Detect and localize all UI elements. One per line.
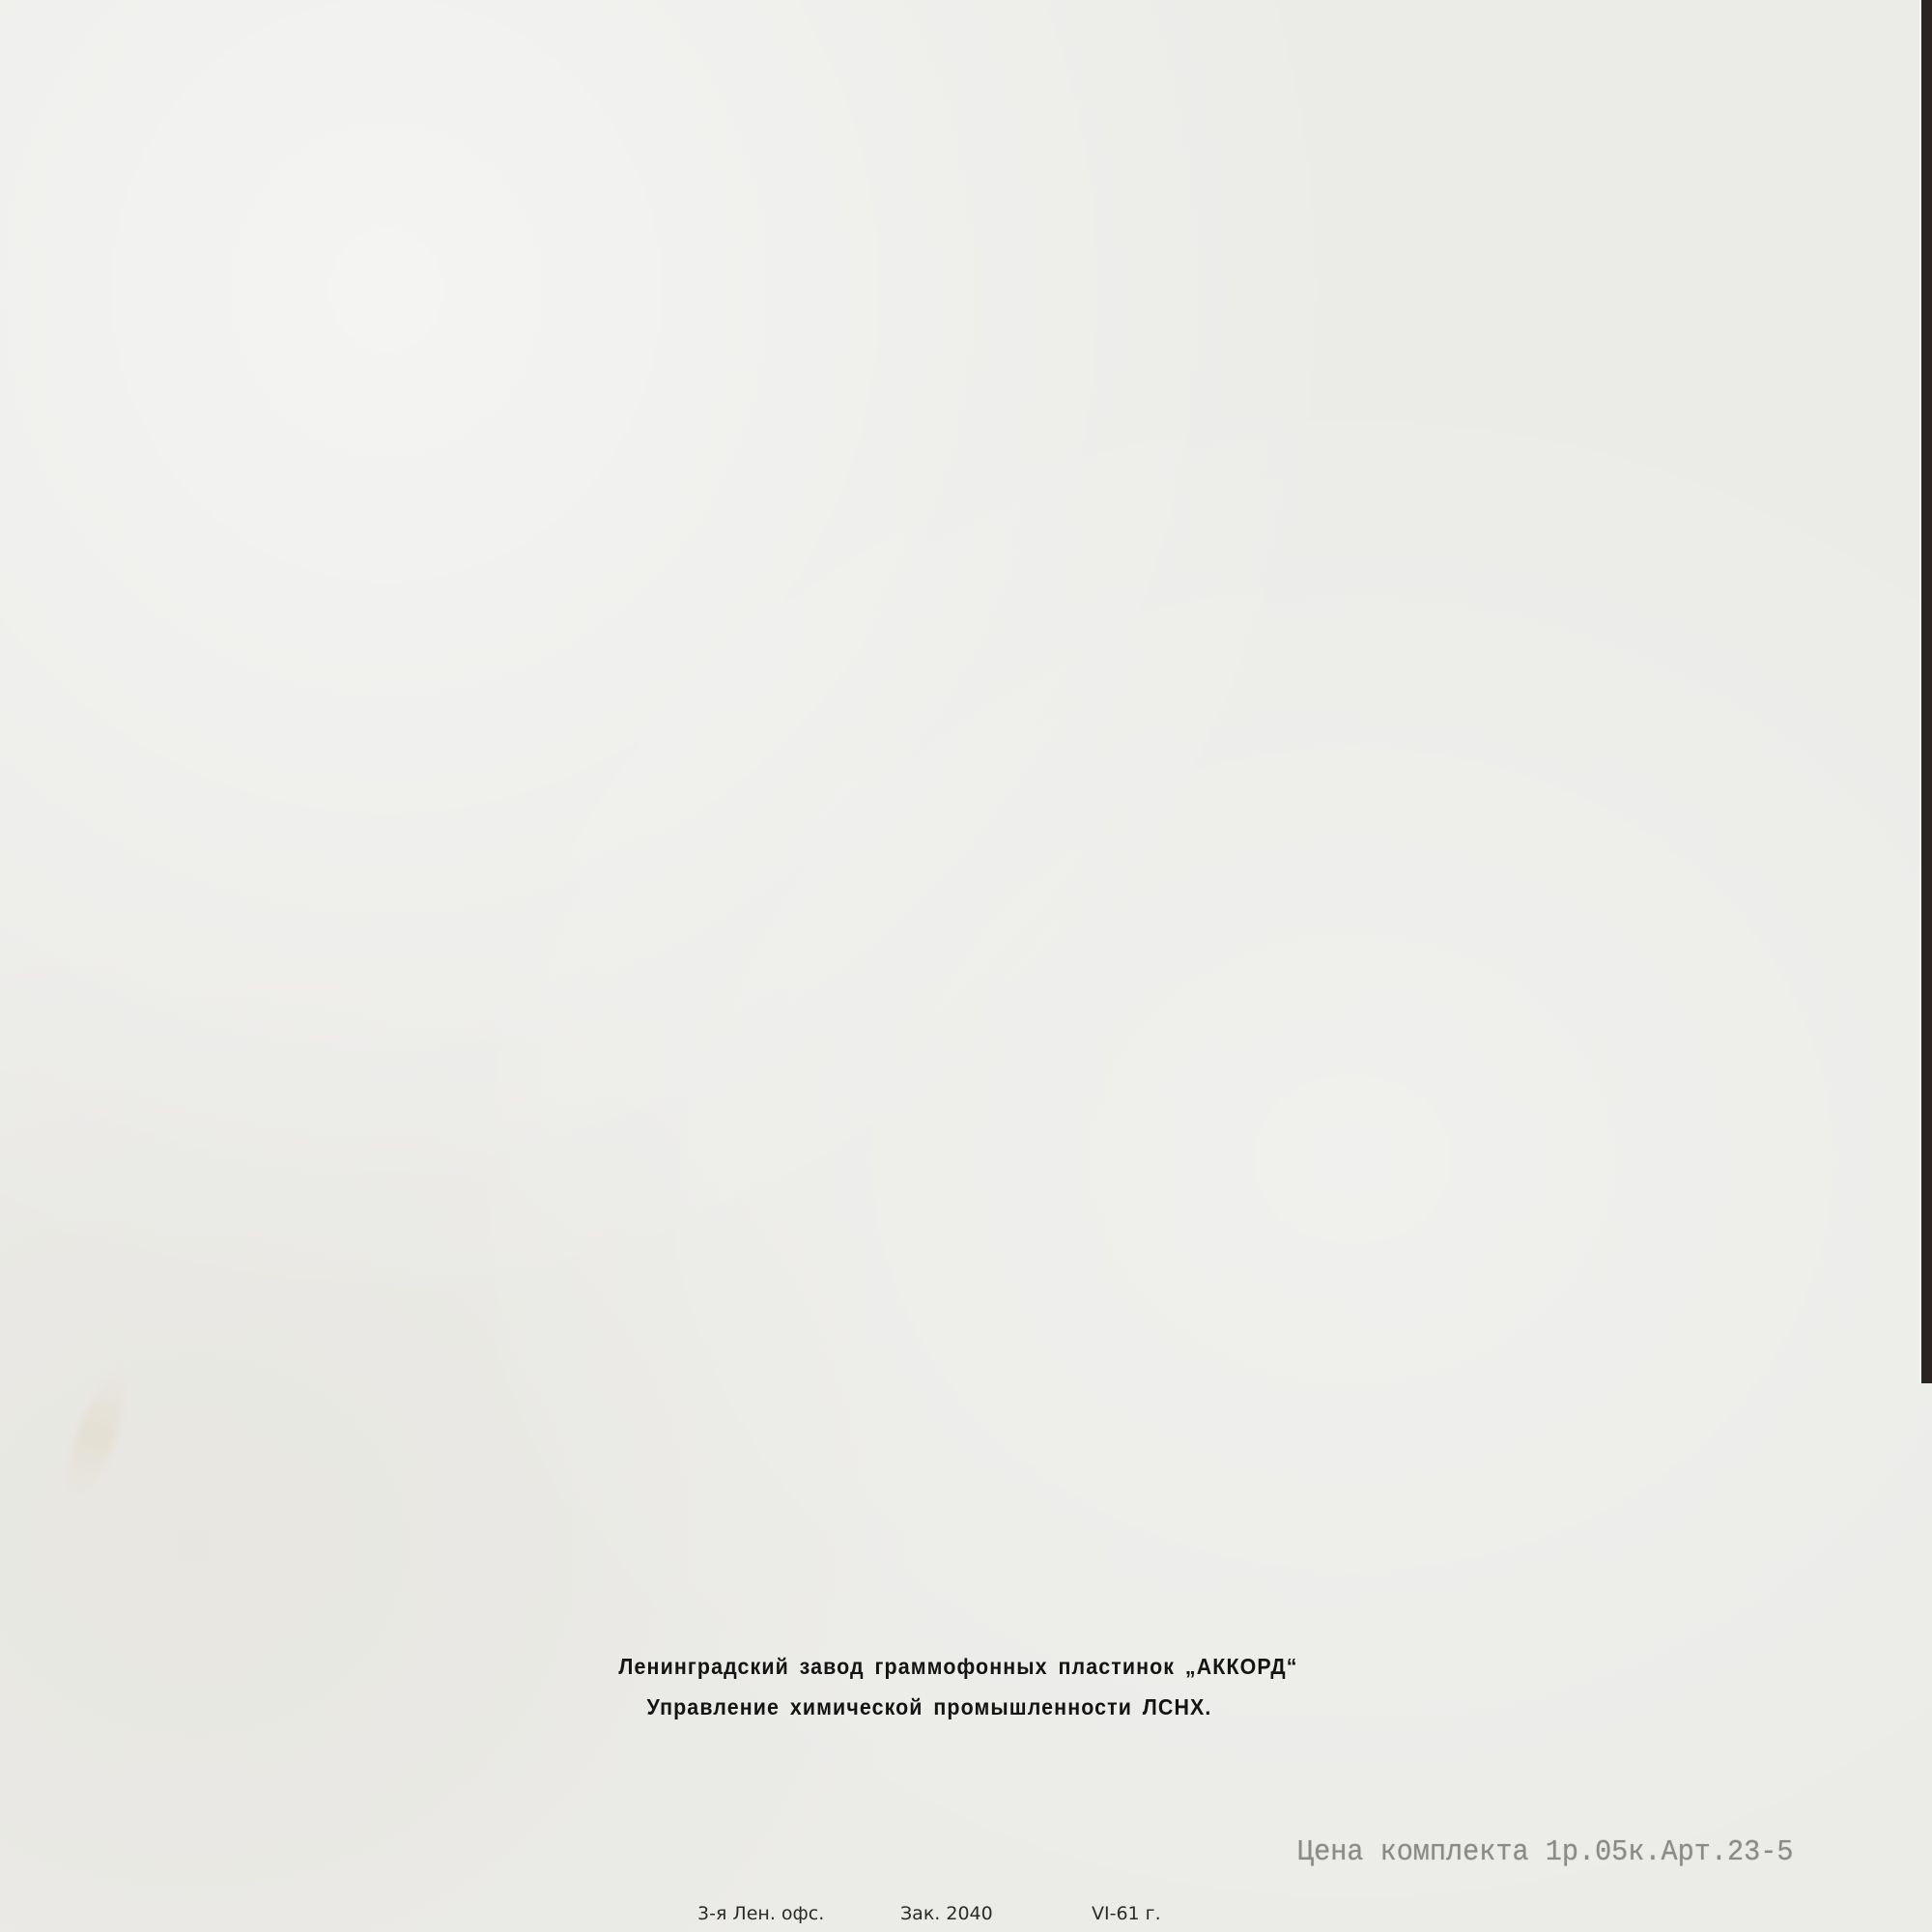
- printer-info: 3-я Лен. офс. Зак. 2040 VI-61 г.: [697, 1903, 1161, 1924]
- printer-order-number: Зак. 2040: [900, 1903, 1092, 1924]
- administration-imprint: Управление химической промышленности ЛСН…: [31, 1694, 1828, 1720]
- printer-date: VI-61 г.: [1092, 1903, 1161, 1924]
- printer-office: 3-я Лен. офс.: [697, 1903, 900, 1924]
- price-stamp: Цена комплекта 1р.05к.Арт.23-5: [1297, 1835, 1793, 1869]
- paper-stain: [54, 1360, 140, 1510]
- record-sleeve-edge: [1919, 0, 1932, 1383]
- manufacturer-imprint: Ленинградский завод граммофонных пластин…: [60, 1654, 1857, 1680]
